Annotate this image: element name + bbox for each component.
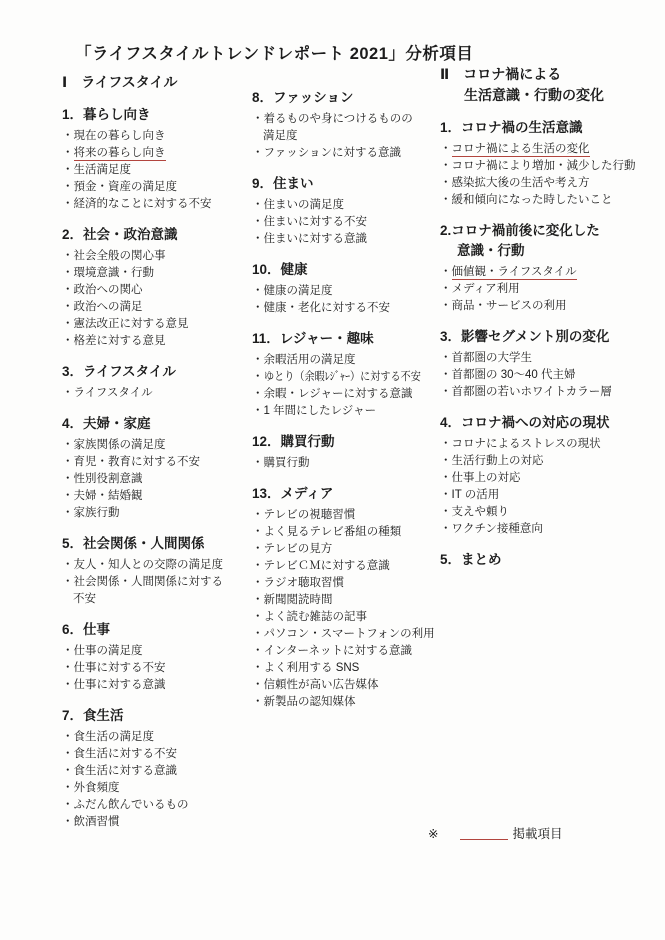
toc-item: ・購買行動: [252, 455, 442, 472]
toc-section: 5．まとめ: [440, 550, 662, 570]
bullet-dot: ・: [62, 576, 74, 588]
section-heading-line: 2.コロナ禍前後に変化した: [440, 221, 662, 241]
bullet-dot: ・: [62, 473, 74, 485]
toc-item: ・ゆとり（余暇ﾚｼﾞｬｰ）に対する不安: [252, 369, 442, 386]
bullet-dot: ・: [62, 387, 74, 399]
section-heading: 1．コロナ禍の生活意識: [440, 118, 662, 138]
section-heading-line: 1．コロナ禍の生活意識: [440, 118, 662, 138]
section-heading: 2．社会・政治意識: [62, 225, 254, 245]
bullet-dot: ・: [252, 302, 264, 314]
toc-column-3: Ⅱ コロナ禍による生活意識・行動の変化1．コロナ禍の生活意識・コロナ禍による生活…: [440, 64, 662, 573]
toc-item: ・インターネットに対する意識: [252, 643, 442, 660]
bullet-dot: ・: [440, 194, 452, 206]
toc-item: ・余暇・レジャーに対する意識: [252, 386, 442, 403]
item-text: ワクチン接種意向: [452, 523, 543, 535]
toc-item: ・食生活に対する意識: [62, 763, 254, 780]
toc-section: 6．仕事・仕事の満足度・仕事に対する不安・仕事に対する意識: [62, 620, 254, 694]
item-text: 社会全般の関心事: [74, 250, 166, 262]
toc-item: ・社会全般の関心事: [62, 248, 254, 265]
toc-item: ・ラジオ聴取習慣: [252, 575, 442, 592]
red-underline-sample: [460, 837, 508, 840]
bullet-dot: ・: [62, 267, 74, 279]
item-text: 健康・老化に対する不安: [264, 302, 391, 314]
toc-section: 3．影響セグメント別の変化・首都圏の大学生・首都圏の 30〜40 代主婦・首都圏…: [440, 327, 662, 401]
toc-item: ・コロナ禍により増加・減少した行動: [440, 158, 662, 175]
toc-item: ・新製品の認知媒体: [252, 694, 442, 711]
toc-section: 5．社会関係・人間関係・友人・知人との交際の満足度・社会関係・人間関係に対する …: [62, 534, 254, 608]
item-text: 預金・資産の満足度: [74, 181, 178, 193]
bullet-dot: ・: [62, 782, 74, 794]
item-text: 信頼性が高い広告媒体: [264, 679, 379, 691]
item-text: テレビの視聴習慣: [264, 509, 356, 521]
bullet-dot: ・: [252, 354, 264, 366]
section-heading: 3．ライフスタイル: [62, 362, 254, 382]
toc-item: ・ファッションに対する意識: [252, 145, 442, 162]
toc-item: ・食生活の満足度: [62, 729, 254, 746]
bullet-dot: ・: [440, 386, 452, 398]
item-text: 新製品の認知媒体: [264, 696, 356, 708]
section-heading: 10．健康: [252, 260, 442, 280]
toc-item: ・メディア利用: [440, 281, 662, 298]
item-text: 家族行動: [74, 507, 120, 519]
bullet-dot: ・: [440, 177, 452, 189]
section-heading-line: 8．ファッション: [252, 88, 442, 108]
item-text: 外食頻度: [74, 782, 120, 794]
toc-item: ・仕事に対する不安: [62, 660, 254, 677]
toc-item: ・商品・サービスの利用: [440, 298, 662, 315]
item-text: 政治への満足: [74, 301, 143, 313]
toc-section: 8．ファッション・着るものや身につけるものの 満足度・ファッションに対する意識: [252, 88, 442, 162]
bullet-dot: ・: [252, 509, 264, 521]
toc-item: ・健康の満足度: [252, 283, 442, 300]
item-text: 緩和傾向になった時したいこと: [452, 194, 613, 206]
toc-item: ・ワクチン接種意向: [440, 521, 662, 538]
item-text: 購買行動: [264, 457, 310, 469]
toc-item: ・コロナによるストレスの現状: [440, 436, 662, 453]
part-heading: Ⅱ コロナ禍による生活意識・行動の変化: [440, 64, 662, 106]
bullet-dot: ・: [62, 284, 74, 296]
bullet-dot: ・: [440, 283, 452, 295]
toc-item: ・将来の暮らし向き: [62, 145, 254, 162]
bullet-dot: ・: [252, 113, 264, 125]
toc-section: 1．コロナ禍の生活意識・コロナ禍による生活の変化・コロナ禍により増加・減少した行…: [440, 118, 662, 209]
toc-item: ・よく見るテレビ番組の種類: [252, 524, 442, 541]
bullet-dot: ・: [440, 300, 452, 312]
toc-item: ・家族行動: [62, 505, 254, 522]
toc-item: ・仕事上の対応: [440, 470, 662, 487]
toc-item: ・仕事に対する意識: [62, 677, 254, 694]
bullet-dot: ・: [62, 147, 74, 159]
bullet-dot: ・: [252, 560, 264, 572]
item-text: 仕事の満足度: [74, 645, 143, 657]
toc-column-1: Ⅰ ライフスタイル1．暮らし向き・現在の暮らし向き・将来の暮らし向き・生活満足度…: [62, 72, 254, 831]
bullet-dot: ・: [252, 216, 264, 228]
toc-item: ・感染拡大後の生活や考え方: [440, 175, 662, 192]
toc-item: ・性別役割意識: [62, 471, 254, 488]
item-text: 首都圏の若いホワイトカラー層: [452, 386, 612, 398]
bullet-dot: ・: [440, 523, 452, 535]
item-text: 憲法改正に対する意見: [74, 318, 189, 330]
item-text: 住まいに対する意識: [264, 233, 368, 245]
bullet-dot: ・: [62, 662, 74, 674]
section-heading: 1．暮らし向き: [62, 105, 254, 125]
bullet-dot: ・: [440, 489, 452, 501]
toc-section: 12．購買行動・購買行動: [252, 432, 442, 472]
bullet-dot: ・: [62, 250, 74, 262]
toc-item: ・ライフスタイル: [62, 385, 254, 402]
toc-item: ・夫婦・結婚観: [62, 488, 254, 505]
toc-section: 11．レジャー・趣味・余暇活用の満足度・ゆとり（余暇ﾚｼﾞｬｰ）に対する不安・余…: [252, 329, 442, 420]
toc-item: ・首都圏の 30〜40 代主婦: [440, 367, 662, 384]
bullet-dot: ・: [252, 526, 264, 538]
bullet-dot: ・: [440, 160, 452, 172]
item-text: 1 年間にしたレジャー: [264, 405, 377, 417]
item-text: 夫婦・結婚観: [74, 490, 143, 502]
toc-item: ・格差に対する意見: [62, 333, 254, 350]
section-heading: 3．影響セグメント別の変化: [440, 327, 662, 347]
section-heading-line: 3．ライフスタイル: [62, 362, 254, 382]
item-text: 現在の暮らし向き: [74, 130, 166, 142]
item-text: よく利用する SNS: [264, 662, 360, 674]
item-text: 生活満足度: [74, 164, 132, 176]
item-text: 仕事上の対応: [452, 472, 521, 484]
toc-item: ・健康・老化に対する不安: [252, 300, 442, 317]
item-text: 育児・教育に対する不安: [74, 456, 201, 468]
item-text: 格差に対する意見: [74, 335, 166, 347]
toc-item: ・ふだん飲んでいるもの: [62, 797, 254, 814]
section-heading-line: 6．仕事: [62, 620, 254, 640]
bullet-dot: ・: [62, 507, 74, 519]
section-heading-line: 11．レジャー・趣味: [252, 329, 442, 349]
section-heading-line: 9．住まい: [252, 174, 442, 194]
toc-item: ・仕事の満足度: [62, 643, 254, 660]
highlighted-item-text: 将来の暮らし向き: [74, 147, 166, 161]
bullet-dot: ・: [62, 130, 74, 142]
section-heading: 4．夫婦・家庭: [62, 414, 254, 434]
toc-item: ・テレビＣＭに対する意識: [252, 558, 442, 575]
bullet-dot: ・: [62, 645, 74, 657]
bullet-dot: ・: [252, 388, 264, 400]
item-text: 住まいの満足度: [264, 199, 345, 211]
bullet-dot: ・: [252, 199, 264, 211]
section-heading: 8．ファッション: [252, 88, 442, 108]
bullet-dot: ・: [62, 335, 74, 347]
item-text: インターネットに対する意識: [264, 645, 412, 657]
toc-item: ・1 年間にしたレジャー: [252, 403, 442, 420]
toc-item: ・着るものや身につけるものの 満足度: [252, 111, 442, 145]
bullet-dot: ・: [252, 371, 264, 383]
item-text: テレビＣＭに対する意識: [264, 560, 390, 572]
toc-column-2: 8．ファッション・着るものや身につけるものの 満足度・ファッションに対する意識9…: [252, 88, 442, 711]
bullet-dot: ・: [440, 455, 452, 467]
bullet-dot: ・: [252, 696, 264, 708]
bullet-dot: ・: [252, 285, 264, 297]
item-text: よく読む雑誌の記事: [264, 611, 368, 623]
section-heading: 13．メディア: [252, 484, 442, 504]
toc-item: ・支えや頼り: [440, 504, 662, 521]
toc-item: ・テレビの見方: [252, 541, 442, 558]
toc-item: ・社会関係・人間関係に対する 不安: [62, 574, 254, 608]
bullet-dot: ・: [62, 301, 74, 313]
toc-item: ・友人・知人との交際の満足度: [62, 557, 254, 574]
bullet-dot: ・: [62, 456, 74, 468]
item-text: 経済的なことに対する不安: [74, 198, 212, 210]
bullet-dot: ・: [62, 318, 74, 330]
toc-item: ・生活行動上の対応: [440, 453, 662, 470]
toc-item: ・IT の活用: [440, 487, 662, 504]
item-text: 健康の満足度: [264, 285, 333, 297]
toc-item: ・コロナ禍による生活の変化: [440, 141, 662, 158]
footnote-label: 掲載項目: [512, 826, 562, 842]
bullet-dot: ・: [440, 472, 452, 484]
toc-section: 4．夫婦・家庭・家族関係の満足度・育児・教育に対する不安・性別役割意識・夫婦・結…: [62, 414, 254, 522]
section-heading: 11．レジャー・趣味: [252, 329, 442, 349]
section-heading: 12．購買行動: [252, 432, 442, 452]
bullet-dot: ・: [440, 352, 452, 364]
item-text: 新聞閲読時間: [264, 594, 333, 606]
section-heading: 4．コロナ禍への対応の現状: [440, 413, 662, 433]
item-text: ふだん飲んでいるもの: [74, 799, 189, 811]
item-text: よく見るテレビ番組の種類: [264, 526, 402, 538]
bullet-dot: ・: [252, 233, 264, 245]
item-text: 住まいに対する不安: [264, 216, 368, 228]
item-text: 生活行動上の対応: [452, 455, 544, 467]
toc-item: ・経済的なことに対する不安: [62, 196, 254, 213]
bullet-dot: ・: [62, 198, 74, 210]
item-text: 友人・知人との交際の満足度: [74, 559, 224, 571]
toc-section: 4．コロナ禍への対応の現状・コロナによるストレスの現状・生活行動上の対応・仕事上…: [440, 413, 662, 538]
toc-section: 3．ライフスタイル・ライフスタイル: [62, 362, 254, 402]
bullet-dot: ・: [62, 490, 74, 502]
toc-item: ・価値観・ライフスタイル: [440, 264, 662, 281]
page-title: 「ライフスタイルトレンドレポート 2021」分析項目: [75, 40, 473, 64]
part-heading-line: Ⅰ ライフスタイル: [62, 72, 254, 93]
item-text: 飲酒習慣: [74, 816, 120, 828]
bullet-dot: ・: [252, 543, 264, 555]
highlighted-item-text: 価値観・ライフスタイル: [452, 266, 577, 280]
toc-item: ・住まいに対する意識: [252, 231, 442, 248]
bullet-dot: ・: [440, 369, 452, 381]
item-text: ゆとり（余暇ﾚｼﾞｬｰ）に対する不安: [264, 369, 421, 386]
toc-item: ・首都圏の若いホワイトカラー層: [440, 384, 662, 401]
item-text: 余暇・レジャーに対する意識: [264, 388, 413, 400]
item-text: 首都圏の大学生: [452, 352, 533, 364]
part-heading-line: Ⅱ コロナ禍による: [440, 64, 662, 85]
bullet-dot: ・: [62, 765, 74, 777]
item-text: パソコン・スマートフォンの利用: [264, 628, 435, 640]
section-heading-line: 12．購買行動: [252, 432, 442, 452]
bullet-dot: ・: [252, 679, 264, 691]
bullet-dot: ・: [62, 748, 74, 760]
bullet-dot: ・: [252, 594, 264, 606]
section-heading-line: 意識・行動: [440, 241, 662, 261]
bullet-dot: ・: [62, 799, 74, 811]
section-heading: 5．社会関係・人間関係: [62, 534, 254, 554]
bullet-dot: ・: [62, 181, 74, 193]
toc-item: ・飲酒習慣: [62, 814, 254, 831]
bullet-dot: ・: [252, 645, 264, 657]
item-text: メディア利用: [452, 283, 520, 295]
item-text: コロナ禍により増加・減少した行動: [452, 160, 636, 172]
toc-section: 7．食生活・食生活の満足度・食生活に対する不安・食生活に対する意識・外食頻度・ふ…: [62, 706, 254, 831]
bullet-dot: ・: [252, 577, 264, 589]
section-heading-line: 4．コロナ禍への対応の現状: [440, 413, 662, 433]
toc-item: ・緩和傾向になった時したいこと: [440, 192, 662, 209]
section-heading-line: 13．メディア: [252, 484, 442, 504]
toc-item: ・現在の暮らし向き: [62, 128, 254, 145]
bullet-dot: ・: [252, 611, 264, 623]
bullet-dot: ・: [440, 506, 452, 518]
toc-section: 9．住まい・住まいの満足度・住まいに対する不安・住まいに対する意識: [252, 174, 442, 248]
item-text: 仕事に対する不安: [74, 662, 166, 674]
bullet-dot: ・: [252, 662, 264, 674]
toc-item: ・育児・教育に対する不安: [62, 454, 254, 471]
item-text: 食生活の満足度: [74, 731, 155, 743]
item-text: 食生活に対する意識: [74, 765, 178, 777]
section-heading-line: 7．食生活: [62, 706, 254, 726]
item-text: 着るものや身につけるものの 満足度: [263, 113, 413, 142]
item-text: 首都圏の 30〜40 代主婦: [452, 369, 576, 381]
toc-item: ・政治への満足: [62, 299, 254, 316]
item-text: 余暇活用の満足度: [264, 354, 356, 366]
toc-section: 13．メディア・テレビの視聴習慣・よく見るテレビ番組の種類・テレビの見方・テレビ…: [252, 484, 442, 711]
toc-item: ・生活満足度: [62, 162, 254, 179]
toc-item: ・憲法改正に対する意見: [62, 316, 254, 333]
item-text: 性別役割意識: [74, 473, 143, 485]
footnote: ※ 掲載項目: [428, 826, 563, 842]
document-page: 「ライフスタイルトレンドレポート 2021」分析項目 Ⅰ ライフスタイル1．暮ら…: [0, 0, 665, 940]
item-text: テレビの見方: [264, 543, 333, 555]
item-text: コロナによるストレスの現状: [452, 438, 601, 450]
bullet-dot: ・: [440, 143, 452, 155]
bullet-dot: ・: [252, 628, 264, 640]
section-heading: 6．仕事: [62, 620, 254, 640]
section-heading-line: 2．社会・政治意識: [62, 225, 254, 245]
toc-item: ・家族関係の満足度: [62, 437, 254, 454]
section-heading-line: 4．夫婦・家庭: [62, 414, 254, 434]
part-heading-line: 生活意識・行動の変化: [440, 85, 662, 106]
toc-section: 10．健康・健康の満足度・健康・老化に対する不安: [252, 260, 442, 317]
toc-section: 2．社会・政治意識・社会全般の関心事・環境意識・行動・政治への関心・政治への満足…: [62, 225, 254, 350]
section-heading-line: 10．健康: [252, 260, 442, 280]
item-text: 感染拡大後の生活や考え方: [452, 177, 590, 189]
item-text: 環境意識・行動: [74, 267, 155, 279]
bullet-dot: ・: [62, 679, 74, 691]
bullet-dot: ・: [62, 164, 74, 176]
toc-item: ・テレビの視聴習慣: [252, 507, 442, 524]
bullet-dot: ・: [440, 266, 452, 278]
toc-item: ・パソコン・スマートフォンの利用: [252, 626, 442, 643]
item-text: 食生活に対する不安: [74, 748, 178, 760]
bullet-dot: ・: [62, 731, 74, 743]
bullet-dot: ・: [62, 439, 74, 451]
toc-item: ・新聞閲読時間: [252, 592, 442, 609]
item-text: 仕事に対する意識: [74, 679, 166, 691]
toc-item: ・余暇活用の満足度: [252, 352, 442, 369]
section-heading-line: 1．暮らし向き: [62, 105, 254, 125]
footnote-mark: ※: [428, 826, 438, 842]
section-heading-line: 5．まとめ: [440, 550, 662, 570]
item-text: 社会関係・人間関係に対する 不安: [73, 576, 223, 605]
section-heading: 5．まとめ: [440, 550, 662, 570]
item-text: ラジオ聴取習慣: [264, 577, 345, 589]
toc-item: ・外食頻度: [62, 780, 254, 797]
item-text: ライフスタイル: [74, 387, 153, 399]
bullet-dot: ・: [252, 147, 264, 159]
highlighted-item-text: コロナ禍による生活の変化: [452, 143, 590, 157]
toc-item: ・よく利用する SNS: [252, 660, 442, 677]
section-heading: 9．住まい: [252, 174, 442, 194]
toc-item: ・預金・資産の満足度: [62, 179, 254, 196]
toc-item: ・住まいの満足度: [252, 197, 442, 214]
bullet-dot: ・: [62, 816, 74, 828]
item-text: 支えや頼り: [452, 506, 510, 518]
bullet-dot: ・: [62, 559, 74, 571]
section-heading: 2.コロナ禍前後に変化した意識・行動: [440, 221, 662, 261]
section-heading: 7．食生活: [62, 706, 254, 726]
toc-item: ・政治への関心: [62, 282, 254, 299]
part-heading: Ⅰ ライフスタイル: [62, 72, 254, 93]
bullet-dot: ・: [440, 438, 452, 450]
toc-item: ・環境意識・行動: [62, 265, 254, 282]
toc-section: 2.コロナ禍前後に変化した意識・行動・価値観・ライフスタイル・メディア利用・商品…: [440, 221, 662, 315]
item-text: 政治への関心: [74, 284, 143, 296]
toc-item: ・住まいに対する不安: [252, 214, 442, 231]
toc-item: ・食生活に対する不安: [62, 746, 254, 763]
bullet-dot: ・: [252, 405, 264, 417]
toc-section: 1．暮らし向き・現在の暮らし向き・将来の暮らし向き・生活満足度・預金・資産の満足…: [62, 105, 254, 213]
toc-item: ・首都圏の大学生: [440, 350, 662, 367]
item-text: IT の活用: [452, 489, 500, 501]
bullet-dot: ・: [252, 457, 264, 469]
section-heading-line: 3．影響セグメント別の変化: [440, 327, 662, 347]
item-text: 商品・サービスの利用: [452, 300, 567, 312]
item-text: ファッションに対する意識: [264, 147, 402, 159]
toc-item: ・よく読む雑誌の記事: [252, 609, 442, 626]
section-heading-line: 5．社会関係・人間関係: [62, 534, 254, 554]
toc-item: ・信頼性が高い広告媒体: [252, 677, 442, 694]
item-text: 家族関係の満足度: [74, 439, 166, 451]
